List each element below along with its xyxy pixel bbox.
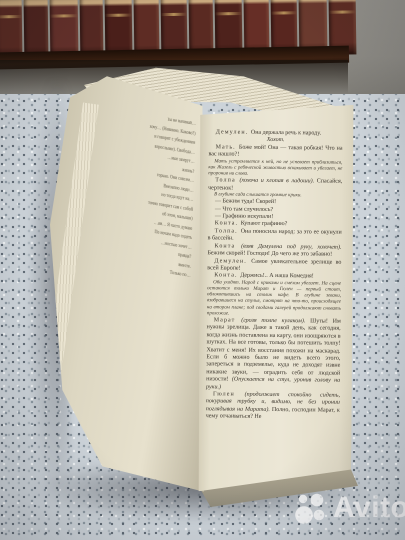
speaker-name: Толпа bbox=[215, 178, 239, 184]
speaker-name: Толпа. bbox=[215, 228, 241, 234]
play-direction: Мать устремляется к ней, но не успевает … bbox=[208, 159, 342, 179]
play-dialogue: Гюлен (продолжает спокойно сидеть, покур… bbox=[206, 391, 340, 422]
photo-open-book-scene: Ты не начинай…хочу… (Невинно. Каково?)и … bbox=[0, 0, 405, 540]
avito-watermark-label: Avito bbox=[333, 493, 405, 523]
speaker-name: Гюлен bbox=[213, 391, 245, 397]
play-dialogue: Демулен. Самое увлекательное зрелище во … bbox=[207, 258, 341, 274]
speaker-name: Демулен. bbox=[216, 129, 251, 135]
book-spine bbox=[50, 0, 79, 59]
stage-direction-inline: (хохоча и хлопая в ладоши). bbox=[239, 178, 316, 185]
stage-direction-inline: (грозя толпе кулаком). bbox=[241, 318, 310, 325]
speaker-name: Марат bbox=[214, 317, 242, 323]
play-dialogue: Марат (грозя толпе кулаком). Шуты! Им ну… bbox=[206, 317, 341, 392]
play-dialogue: Мать. Боже мой! Она — такая робкая! Что … bbox=[208, 144, 342, 160]
open-book-left-page: Ты не начинай…хочу… (Невинно. Каково?)и … bbox=[50, 72, 204, 496]
open-book-right-page: Демулен. Она держала речь к народу.Хохот… bbox=[194, 103, 355, 493]
right-page-text: Демулен. Она держала речь к народу.Хохот… bbox=[205, 129, 343, 476]
speaker-name: Конта. bbox=[215, 221, 241, 227]
stage-direction-tail: (Опускается на стул, уронив голову на ру… bbox=[206, 377, 340, 390]
book-spine bbox=[24, 0, 49, 59]
avito-logo-icon bbox=[294, 490, 330, 526]
play-dialogue: Толпа. Она поносила народ: за это ее оку… bbox=[208, 228, 342, 244]
speaker-name: Конта bbox=[215, 243, 242, 249]
play-dialogue: Конта (взяв Демулена под руку, хохочет).… bbox=[207, 243, 341, 259]
speaker-name: Демулен. bbox=[214, 258, 251, 264]
left-page-text: Ты не начинай…хочу… (Невинно. Каково?)и … bbox=[96, 105, 196, 281]
book-spine bbox=[0, 0, 22, 59]
play-dialogue: Толпа (хохоча и хлопая в ладоши). Спасай… bbox=[208, 178, 342, 194]
avito-watermark: Avito bbox=[294, 490, 405, 526]
play-direction: Оба уходят. Народ с криками и смехом убе… bbox=[207, 280, 341, 319]
speaker-name: Мать. bbox=[216, 144, 239, 150]
stage-direction-inline: (взяв Демулена под руку, хохочет). bbox=[241, 243, 341, 250]
speaker-name: Конта. bbox=[214, 273, 240, 279]
